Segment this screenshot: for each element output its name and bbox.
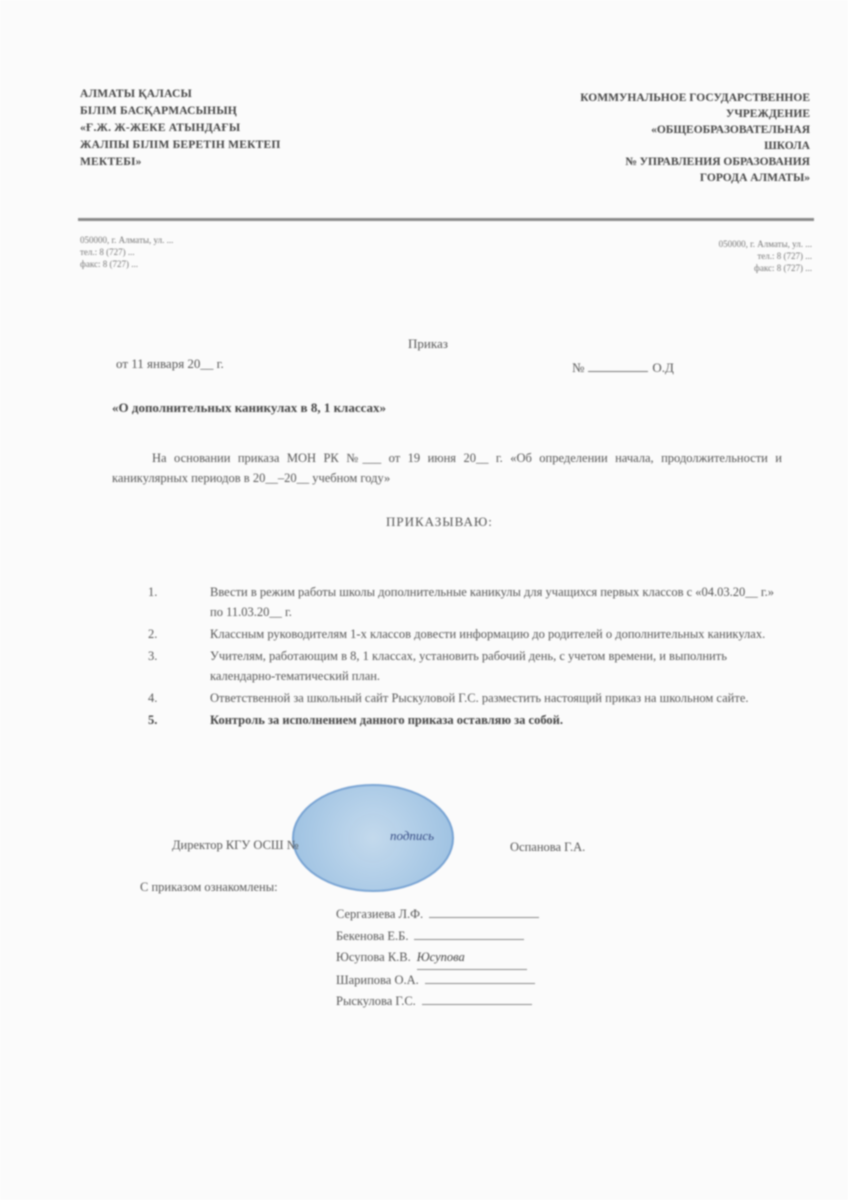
scanned-document-page: Алматы қаласы Білім басқармасының «Ғ.Ж. …: [0, 0, 848, 1200]
person-name: Сергазиева Л.Ф.: [336, 907, 423, 921]
address-line: 050000, г. Алматы, ул. ...: [80, 234, 173, 246]
director-position: Директор КГУ ОСШ №: [172, 838, 299, 853]
item-number: 4.: [148, 688, 157, 708]
order-subject: «О дополнительных каникулах в 8, 1 класс…: [112, 400, 386, 416]
item-text: Ввести в режим работы школы дополнительн…: [210, 585, 774, 619]
acknowledgement-row: Бекенова Е.Б.: [336, 926, 539, 948]
header-kazakh-block: Алматы қаласы Білім басқармасының «Ғ.Ж. …: [80, 86, 460, 171]
address-line: факс: 8 (727) ...: [80, 258, 173, 270]
header-right-line: Коммунальное государственное: [480, 90, 810, 106]
director-name: Оспанова Г.А.: [510, 840, 585, 855]
order-item: 3.Учителям, работающим в 8, 1 классах, у…: [148, 646, 788, 686]
item-number: 2.: [148, 624, 157, 644]
number-suffix: О.Д: [652, 360, 674, 375]
order-directive: ПРИКАЗЫВАЮ:: [386, 514, 493, 530]
header-left-line: мектебі»: [80, 154, 460, 171]
order-items: 1.Ввести в режим работы школы дополнител…: [148, 582, 788, 732]
header-left-line: «Ғ.Ж. Ж-жеке атындағы: [80, 120, 460, 137]
address-line: 050000, г. Алматы, ул. ...: [719, 238, 812, 250]
person-name: Юсупова К.В.: [336, 950, 411, 964]
signature-line: Юсупова: [417, 947, 527, 970]
number-prefix: №: [572, 360, 584, 375]
header-right-line: № управления образования: [480, 154, 810, 170]
address-right: 050000, г. Алматы, ул. ... тел.: 8 (727)…: [719, 238, 812, 274]
acknowledgement-row: Шарипова О.А.: [336, 970, 539, 992]
signature-line: [422, 1004, 532, 1005]
header-left-line: Білім басқармасының: [80, 103, 460, 120]
address-line: факс: 8 (727) ...: [719, 262, 812, 274]
order-item: 4.Ответственной за школьный сайт Рыскуло…: [148, 688, 788, 708]
item-number: 1.: [148, 582, 157, 602]
acknowledgement-row: Рыскулова Г.С.: [336, 991, 539, 1013]
signature-line: [414, 939, 524, 940]
item-text: Контроль за исполнением данного приказа …: [210, 713, 563, 727]
order-date: от 11 января 20__ г.: [116, 356, 224, 372]
director-signature: подпись: [390, 828, 434, 844]
item-text: Классным руководителям 1-х классов довес…: [210, 627, 765, 641]
header-russian-block: Коммунальное государственное учреждение …: [480, 90, 810, 186]
order-number: №О.Д: [572, 360, 674, 376]
item-text: Ответственной за школьный сайт Рыскулово…: [210, 691, 749, 705]
acknowledgement-row: Юсупова К.В.Юсупова: [336, 947, 539, 970]
header-right-line: «Общеобразовательная: [480, 122, 810, 138]
acknowledgement-label: С приказом ознакомлены:: [140, 880, 278, 895]
address-line: тел.: 8 (727) ...: [719, 250, 812, 262]
person-name: Рыскулова Г.С.: [336, 994, 416, 1008]
number-blank: [588, 371, 648, 372]
order-preamble: На основании приказа МОН РК №___ от 19 и…: [112, 448, 782, 488]
item-number: 3.: [148, 646, 157, 666]
header-left-line: жалпы білім беретін мектеп: [80, 137, 460, 154]
header-left-line: Алматы қаласы: [80, 86, 460, 103]
acknowledgement-list: Сергазиева Л.Ф. Бекенова Е.Б. Юсупова К.…: [336, 904, 539, 1013]
order-item: 2.Классным руководителям 1-х классов дов…: [148, 624, 788, 644]
address-line: тел.: 8 (727) ...: [80, 246, 173, 258]
order-item: 5.Контроль за исполнением данного приказ…: [148, 710, 788, 730]
header-right-line: города Алматы»: [480, 170, 810, 186]
signature-line: [425, 983, 535, 984]
header-right-line: учреждение: [480, 106, 810, 122]
signature-line: [429, 917, 539, 918]
address-left: 050000, г. Алматы, ул. ... тел.: 8 (727)…: [80, 234, 173, 270]
document-type: Приказ: [408, 336, 448, 352]
acknowledgement-row: Сергазиева Л.Ф.: [336, 904, 539, 926]
header-right-line: школа: [480, 138, 810, 154]
person-name: Бекенова Е.Б.: [336, 929, 408, 943]
item-number: 5.: [148, 710, 157, 730]
person-name: Шарипова О.А.: [336, 973, 419, 987]
item-text: Учителям, работающим в 8, 1 классах, уст…: [210, 649, 727, 683]
order-item: 1.Ввести в режим работы школы дополнител…: [148, 582, 788, 622]
header-divider: [78, 218, 814, 221]
